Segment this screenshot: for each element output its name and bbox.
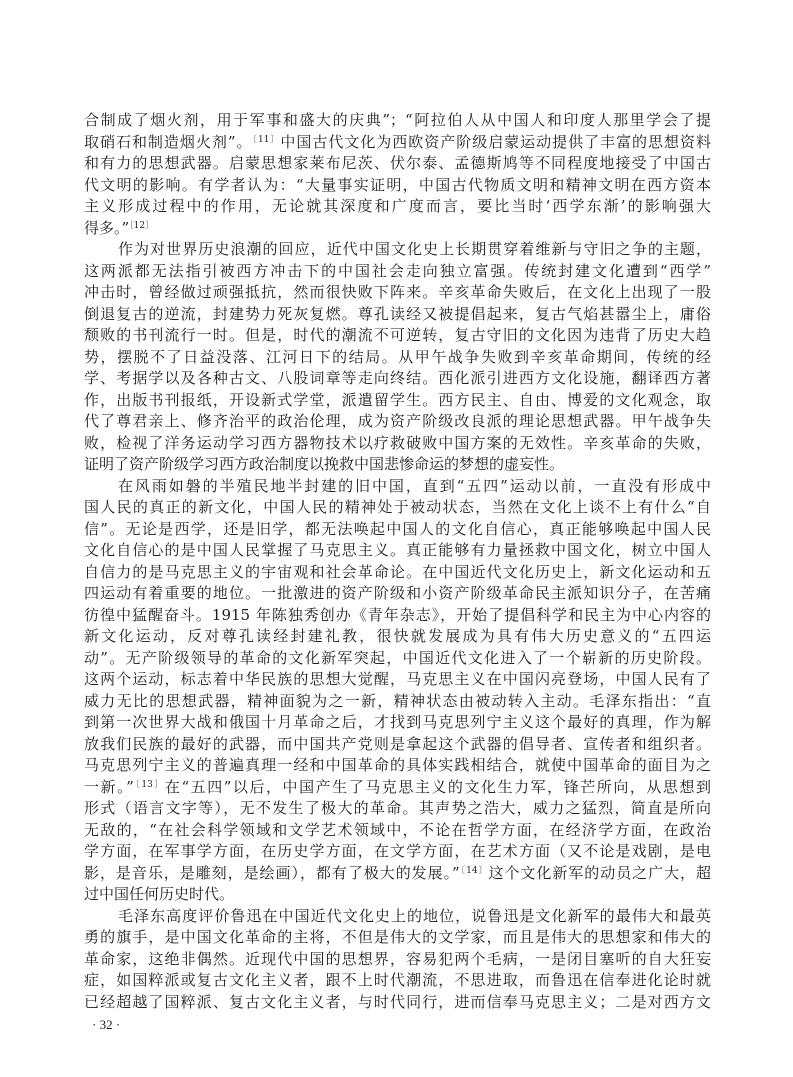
text-line: 学、考据学以及各种古文、八股词章等走向终结。西化派引进西方文化设施，翻译西方著 (84, 368, 711, 390)
text-line: 势，摆脱不了日益没落、江河日下的结局。从甲午战争失败到辛亥革命期间，传统的经 (84, 347, 711, 369)
footnote-ref: 〔12〕 (129, 221, 154, 231)
text-line: 一新。”〔13〕在“五四”以后，中国产生了马克思主义的文化生力军，锋芒所向，从思… (84, 777, 711, 799)
text-line: 过中国任何历史时代。 (84, 884, 711, 906)
text-line: 得多。”〔12〕 (84, 218, 711, 240)
text-line: 取硝石和制造烟火剂”。〔11〕中国古代文化为西欧资产阶级启蒙运动提供了丰富的思想… (84, 132, 711, 154)
text-segment: 这个文化新军的动员之广大，超 (489, 864, 711, 882)
text-line: 颓败的书刊流行一时。但是，时代的潮流不可逆转，复古守旧的文化因为违背了历史大趋 (84, 325, 711, 347)
footnote-ref: 〔14〕 (460, 866, 489, 876)
text-line: 这两派都无法指引被西方冲击下的中国社会走向独立富强。传统封建文化遭到“西学” (84, 261, 711, 283)
text-line: 症，如国粹派或复古文化主义者，跟不上时代潮流，不思进取，而鲁迅在信奉进化论时就 (84, 970, 711, 992)
text-segment: 中国古代文化为西欧资产阶级启蒙运动提供了丰富的思想资料 (280, 133, 711, 151)
text-line: 新文化运动，反对尊孔读经封建礼教，很快就发展成为具有伟大历史意义的“五四运 (84, 626, 711, 648)
text-line: 形式（语言文字等），无不发生了极大的革命。其声势之浩大，威力之猛烈，简直是所向 (84, 798, 711, 820)
paragraph: 合制成了烟火剂，用于军事和盛大的庆典”；“阿拉伯人从中国人和印度人那里学会了提 … (84, 110, 711, 239)
text-line: 合制成了烟火剂，用于军事和盛大的庆典”；“阿拉伯人从中国人和印度人那里学会了提 (84, 110, 711, 132)
text-line: 证明了资产阶级学习西方政治制度以挽救中国悲惨命运的梦想的虚妄性。 (84, 454, 711, 476)
paragraph: 作为对世界历史浪潮的回应，近代中国文化史上长期贯穿着维新与守旧之争的主题， 这两… (84, 239, 711, 476)
text-line: 影，是音乐，是雕刻，是绘画），都有了极大的发展。”〔14〕这个文化新军的动员之广… (84, 863, 711, 885)
text-line: 和有力的思想武器。启蒙思想家莱布尼茨、伏尔泰、孟德斯鸠等不同程度地接受了中国古 (84, 153, 711, 175)
text-line: 自信力的是马克思主义的宇宙观和社会革命论。在中国近代文化历史上，新文化运动和五 (84, 562, 711, 584)
text-line: 倒退复古的逆流，封建势力死灰复燃。尊孔读经又被提倡起来，复古气焰甚嚣尘上，庸俗 (84, 304, 711, 326)
text-line: 革命家，这绝非偶然。近现代中国的思想界，容易犯两个毛病，一是闭目塞听的自大狂妄 (84, 949, 711, 971)
text-line: 国人民的真正的新文化，中国人民的精神处于被动状态，当然在文化上谈不上有什么“自 (84, 497, 711, 519)
text-line: 作为对世界历史浪潮的回应，近代中国文化史上长期贯穿着维新与守旧之争的主题， (84, 239, 711, 261)
text-line: 冲击时，曾经做过顽强抵抗，然而很快败下阵来。辛亥革命失败后，在文化上出现了一股 (84, 282, 711, 304)
text-line: 彷徨中猛醒奋斗。1915 年陈独秀创办《青年杂志》，开始了提倡科学和民主为中心内… (84, 605, 711, 627)
text-line: 作，出版书刊报纸，开设新式学堂，派遣留学生。西方民主、自由、博爱的文化观念，取 (84, 390, 711, 412)
text-segment: 得多。” (84, 219, 129, 237)
text-line: 四运动有着重要的地位。一批激进的资产阶级和小资产阶级革命民主派知识分子，在苦痛 (84, 583, 711, 605)
text-line: 这两个运动，标志着中华民族的思想大觉醒，马克思主义在中国闪亮登场，中国人民有了 (84, 669, 711, 691)
text-segment: 影，是音乐，是雕刻，是绘画），都有了极大的发展。” (84, 864, 460, 882)
paragraph: 毛泽东高度评价鲁迅在中国近代文化史上的地位，说鲁迅是文化新军的最伟大和最英 勇的… (84, 906, 711, 1014)
text-line: 代文明的影响。有学者认为：“大量事实证明，中国古代物质文明和精神文明在西方资本 (84, 175, 711, 197)
text-line: 已经超越了国粹派、复古文化主义者，与时代同行，进而信奉马克思主义；二是对西方文 (84, 992, 711, 1014)
footnote-ref: 〔13〕 (134, 780, 165, 790)
text-line: 在风雨如磐的半殖民地半封建的旧中国，直到“五四”运动以前，一直没有形成中 (84, 476, 711, 498)
text-line: 动”。无产阶级领导的革命的文化新军突起，中国近代文化进入了一个崭新的历史阶段。 (84, 648, 711, 670)
text-line: 放我们民族的最好的武器，而中国共产党则是拿起这个武器的倡导者、宣传者和组织者。 (84, 734, 711, 756)
text-line: 勇的旗手，是中国文化革命的主将，不但是伟大的文学家，而且是伟大的思想家和伟大的 (84, 927, 711, 949)
text-line: 无敌的，“在社会科学领域和文学艺术领域中，不论在哲学方面，在经济学方面，在政治 (84, 820, 711, 842)
footnote-ref: 〔11〕 (253, 135, 281, 145)
text-line: 信”。无论是西学，还是旧学，都无法唤起中国人的文化自信心，真正能够唤起中国人民 (84, 519, 711, 541)
text-line: 败，检视了洋务运动学习西方器物技术以疗救破败中国方案的无效性。辛亥革命的失败， (84, 433, 711, 455)
text-line: 主义形成过程中的作用，无论就其深度和广度而言，要比当时‘西学东渐’的影响强大 (84, 196, 711, 218)
text-segment: 在“五四”以后，中国产生了马克思主义的文化生力军，锋芒所向，从思想到 (165, 778, 711, 796)
text-segment: 取硝石和制造烟火剂”。 (84, 133, 253, 151)
text-line: 威力无比的思想武器，精神面貌为之一新，精神状态由被动转入主动。毛泽东指出：“直 (84, 691, 711, 713)
paragraph: 在风雨如磐的半殖民地半封建的旧中国，直到“五四”运动以前，一直没有形成中 国人民… (84, 476, 711, 906)
text-segment: 一新。” (84, 778, 134, 796)
text-line: 学方面，在军事学方面，在历史学方面，在文学方面，在艺术方面（又不论是戏剧，是电 (84, 841, 711, 863)
document-page: 合制成了烟火剂，用于军事和盛大的庆典”；“阿拉伯人从中国人和印度人那里学会了提 … (0, 0, 793, 1077)
text-line: 文化自信心的是中国人民掌握了马克思主义。真正能够有力量拯救中国文化，树立中国人 (84, 540, 711, 562)
text-line: 马克思列宁主义的普遍真理一经和中国革命的具体实践相结合，就使中国革命的面目为之 (84, 755, 711, 777)
text-line: 到第一次世界大战和俄国十月革命之后，才找到马克思列宁主义这个最好的真理，作为解 (84, 712, 711, 734)
text-line: 代了尊君亲上、修齐治平的政治伦理，成为资产阶级改良派的理论思想武器。甲午战争失 (84, 411, 711, 433)
text-line: 毛泽东高度评价鲁迅在中国近代文化史上的地位，说鲁迅是文化新军的最伟大和最英 (84, 906, 711, 928)
page-number: · 32 · (92, 1016, 120, 1034)
article-body: 合制成了烟火剂，用于军事和盛大的庆典”；“阿拉伯人从中国人和印度人那里学会了提 … (84, 110, 711, 1013)
